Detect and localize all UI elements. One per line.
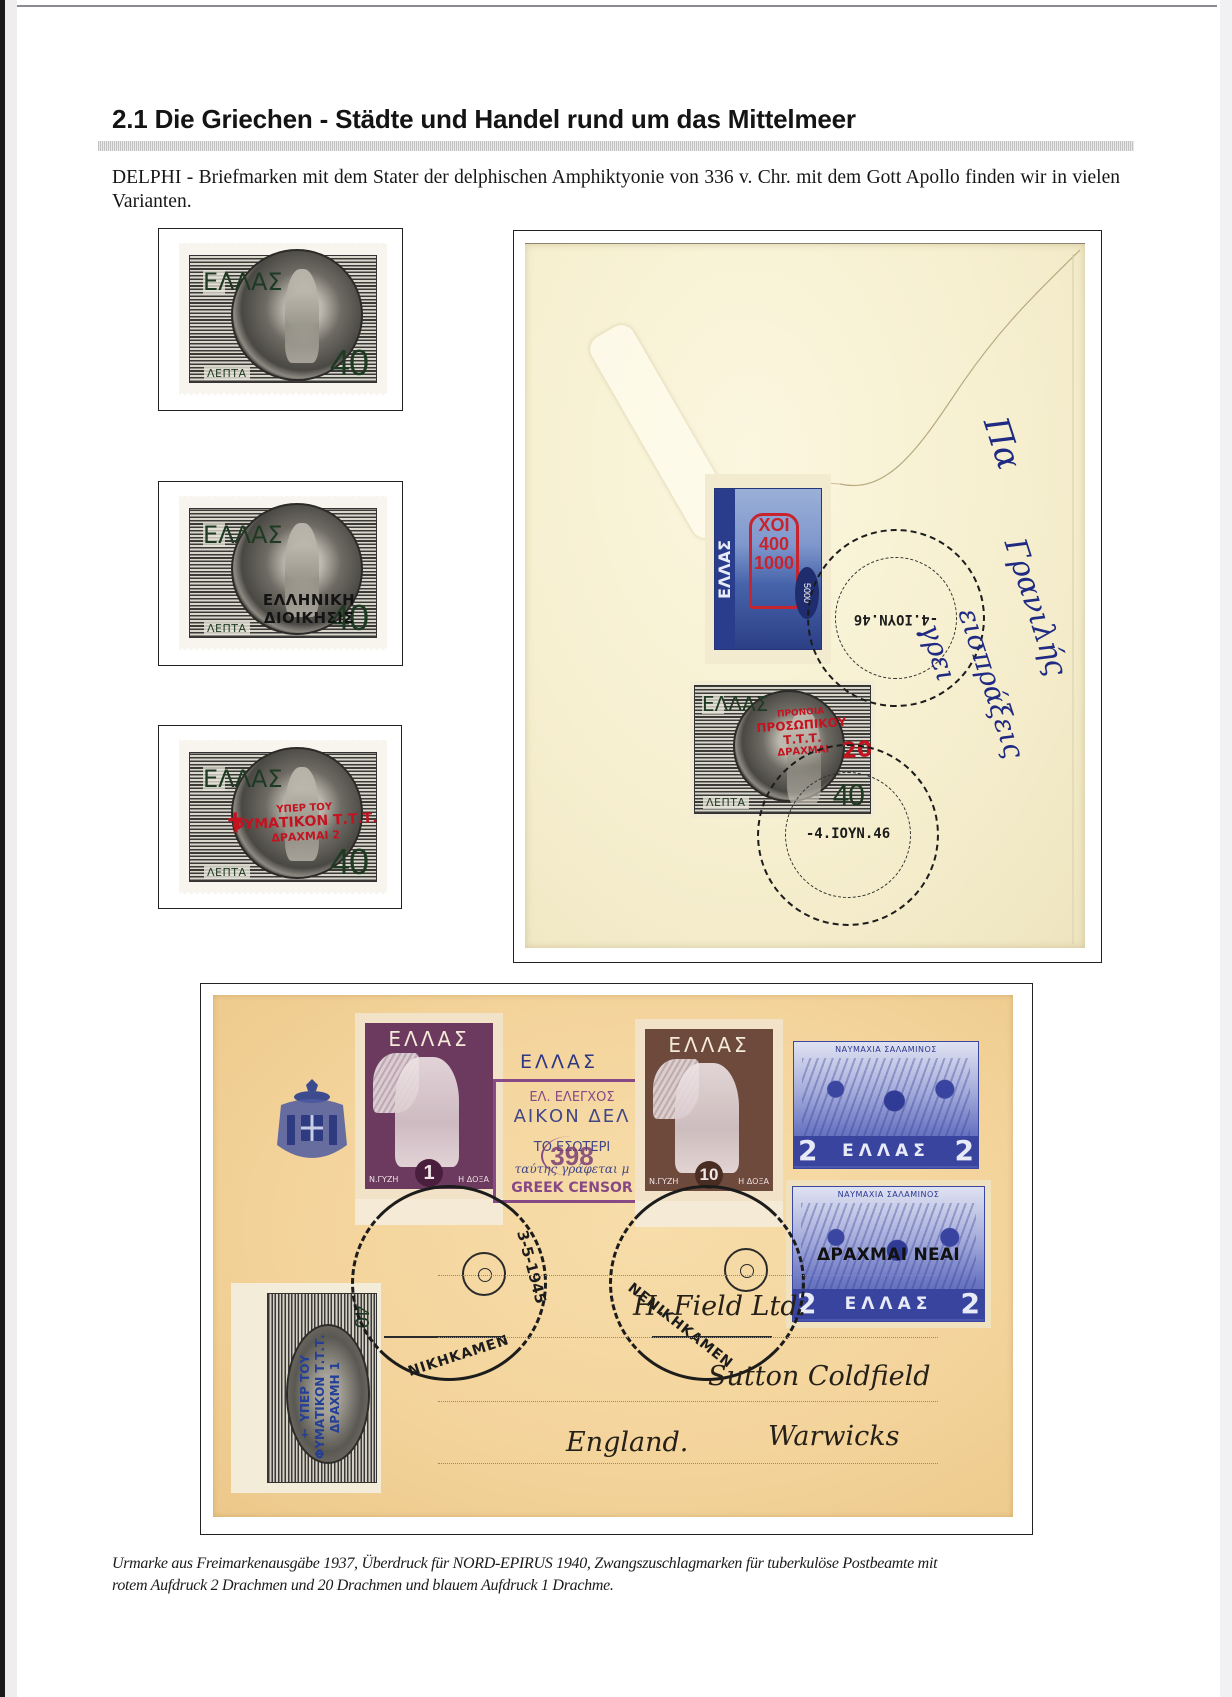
stamp-value: 1: [415, 1159, 443, 1187]
censor-stamp: ΕΛ. ΕΛΕΓΧΟΣ ΑΙΚΟΝ ΔΕΛ ΤΟ ΕΣΩΤΕΡΙ ταύτης …: [493, 1079, 651, 1203]
address-line: [438, 1337, 938, 1338]
address-line: [438, 1463, 938, 1464]
stamp-engraving: ΕΛΛΑΣ ΛΕΠΤΑ 40: [189, 255, 377, 383]
postmark-date: 3-5-1945: [513, 1228, 550, 1305]
stamp-overprint: ✝ ΥΠΕΡ ΤΟΥ ΦΥΜΑΤΙΚΟΝ Τ.Τ.Τ. ΔΡΑΧΜΗ 1: [298, 1322, 368, 1472]
stamp-currency: ΛΕΠΤΑ: [703, 796, 749, 809]
address-line-3a: England.: [566, 1427, 688, 1458]
stamp-country: ΕΛΛΑΣ: [203, 767, 225, 791]
cross-icon: ✝: [223, 806, 248, 840]
envelope-back: ΕΛΛΑΣ ΧΟΙ 400 1000 5000 ΕΛΛΑΣ ΛΕΠΤΑ 40 Π…: [525, 243, 1085, 948]
address-line-2: Sutton Coldfield: [708, 1361, 931, 1392]
stamp-country: ΕΛΛΑΣ: [365, 1027, 493, 1051]
coat-of-arms-icon: [273, 1075, 351, 1175]
stamp-engraving: ΕΛΛΑΣ ΛΕΠΤΑ 40 ΕΛΛΗΝΙΚΗ ΔΙΟΙΚΗΣΙΣ: [189, 508, 377, 638]
delphi-stamp-elliniki-dioikisis: ΕΛΛΑΣ ΛΕΠΤΑ 40 ΕΛΛΗΝΙΚΗ ΔΙΟΙΚΗΣΙΣ: [179, 496, 387, 650]
postcard-front: ΕΛΛΑΣ ΕΛΛΑΣ Ν.ΓΥΖΗ Η ΔΟΞΑ 1 ΕΛ. ΕΛΕΓΧΟΣ …: [213, 995, 1013, 1517]
delphi-stamp-red-overprint: ΕΛΛΑΣ ΛΕΠΤΑ 40 ✝ ΥΠΕΡ ΤΟΥ ΦΥΜΑΤΙΚΟΝ Τ.Τ.…: [179, 740, 387, 894]
salamis-stamp-overprinted: ΝΑΥΜΑΧΙΑ ΣΑΛΑΜΙΝΟΣ ΔΡΑΧΜΑΙ ΝΕΑΙ 2 ΕΛΛΑΣ …: [786, 1180, 991, 1328]
stamp-value: 2: [798, 1137, 817, 1165]
address-line-3b: Warwicks: [768, 1421, 900, 1452]
stamp-country: ΕΛΛΑΣ: [702, 694, 724, 714]
battle-scene-icon: [802, 1058, 970, 1136]
censor-number: 398: [541, 1136, 601, 1176]
postmark-victory-1: 3-5-1945 ΝΙΚΗΚΑΜΕΝ: [351, 1185, 547, 1381]
intro-paragraph: DELPHI - Briefmarken mit dem Stater der …: [112, 166, 1120, 214]
stamp-currency: ΛΕΠΤΑ: [204, 866, 250, 879]
stamp-value: 40: [330, 342, 368, 384]
page-right-margin: [1220, 0, 1232, 1697]
stamp-country: ΕΛΛΑΣ: [845, 1294, 933, 1314]
postmark-victory-2: ΝΕΝΙΚΗΚΑΜΕΝ: [609, 1185, 805, 1381]
page-top-edge: [17, 5, 1217, 7]
nike-figure-icon: [675, 1063, 739, 1173]
stamp-overprint: ΔΡΑΧΜΑΙ ΝΕΑΙ: [793, 1245, 984, 1265]
stamp-overprint: ΕΛΛΗΝΙΚΗ ΔΙΟΙΚΗΣΙΣ: [244, 591, 374, 627]
shield-icon: [462, 1252, 506, 1296]
delphi-stamp-plain: ΕΛΛΑΣ ΛΕΠΤΑ 40: [179, 243, 387, 395]
stamp-country: ΕΛΛΑΣ: [715, 489, 735, 649]
stamp-mount-1: ΕΛΛΑΣ ΛΕΠΤΑ 40: [158, 228, 403, 411]
salamis-stamp-imprinted: ΝΑΥΜΑΧΙΑ ΣΑΛΑΜΙΝΟΣ 2 ΕΛΛΑΣ 2: [787, 1035, 985, 1175]
stamp-country: ΕΛΛΑΣ: [203, 523, 225, 547]
title-divider: [98, 141, 1134, 151]
caption: Urmarke aus Freimarkenausgäbe 1937, Über…: [112, 1553, 1122, 1597]
postcard-country: ΕΛΛΑΣ: [520, 1051, 598, 1073]
postmark-name: ΝΙΚΗΚΑΜΕΝ: [406, 1332, 511, 1380]
page-title: 2.1 Die Griechen - Städte und Handel run…: [112, 104, 856, 135]
stamp-currency: ΛΕΠΤΑ: [204, 622, 250, 635]
stamp-country: ΕΛΛΑΣ: [645, 1033, 773, 1057]
stamp-value: 40: [330, 841, 368, 883]
address-line: [438, 1275, 938, 1276]
stamp-country: ΕΛΛΑΣ: [842, 1141, 930, 1161]
stamp-currency: ΛΕΠΤΑ: [204, 367, 250, 380]
nike-figure-icon: [395, 1057, 459, 1167]
address-line-1: H. Field Ltd.: [633, 1291, 806, 1322]
address-line: [438, 1401, 938, 1402]
stamp-engraving: ΕΛΛΑΣ ΛΕΠΤΑ 40 ✝ ΥΠΕΡ ΤΟΥ ΦΥΜΑΤΙΚΟΝ Τ.Τ.…: [189, 752, 377, 882]
postmark-lower: -4.ΙΟΥΝ.46: [757, 744, 939, 926]
stamp-mount-3: ΕΛΛΑΣ ΛΕΠΤΑ 40 ✝ ΥΠΕΡ ΤΟΥ ΦΥΜΑΤΙΚΟΝ Τ.Τ.…: [158, 725, 402, 909]
stamp-overprint: ✝ ΥΠΕΡ ΤΟΥ ΦΥΜΑΤΙΚΟΝ Τ.Τ.Τ. ΔΡΑΧΜΑΙ 2: [229, 799, 381, 847]
shield-icon: [724, 1248, 768, 1292]
stamp-mount-2: ΕΛΛΑΣ ΛΕΠΤΑ 40 ΕΛΛΗΝΙΚΗ ΔΙΟΙΚΗΣΙΣ: [158, 481, 403, 666]
stamp-overprint: ΧΟΙ 400 1000: [749, 513, 799, 609]
stamp-country: ΕΛΛΑΣ: [203, 270, 225, 294]
page-margin: [5, 0, 17, 1697]
